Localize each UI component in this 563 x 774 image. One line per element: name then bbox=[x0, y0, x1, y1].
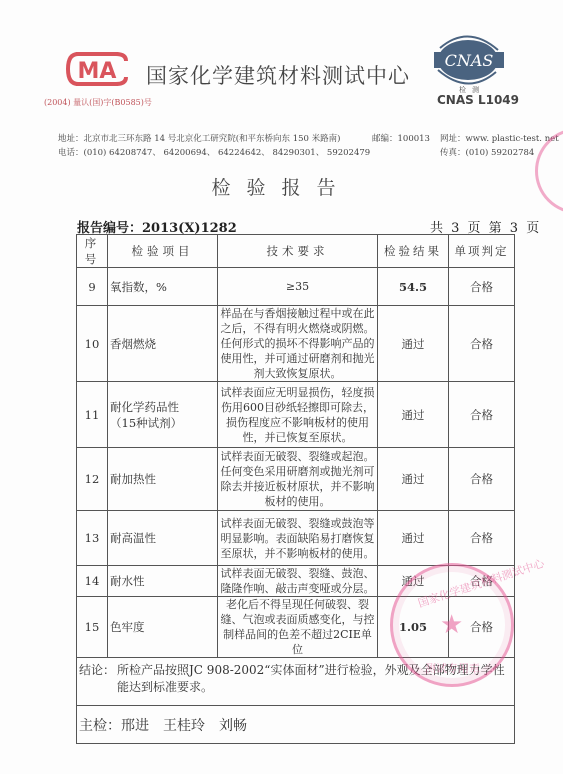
fax: 传真：(010) 59202784 bbox=[440, 146, 534, 158]
conclusion-row: 结论： 所检产品按照JC 908-2002“实体面材”进行检验，外观及全部物理力… bbox=[77, 658, 515, 706]
website: 网址：www. plastic-test. net bbox=[440, 132, 559, 144]
row-result: 通过 bbox=[378, 511, 449, 566]
row-requirement: 老化后不得呈现任何破裂、裂缝、气泡或表面质感变化，与控制样品间的色差不超过2CI… bbox=[218, 597, 378, 658]
conclusion-text: 所检产品按照JC 908-2002“实体面材”进行检验，外观及全部物理力学性能达… bbox=[117, 662, 512, 696]
row-requirement: 试样表面无破裂、裂缝或鼓泡等明显影响。表面缺陷易打磨恢复至原状，并不影响板材的使… bbox=[218, 511, 378, 566]
table-header-row: 序 号 检验项目 技术要求 检验结果 单项判定 bbox=[77, 235, 515, 268]
svg-text:MA: MA bbox=[78, 59, 117, 84]
row-no: 11 bbox=[77, 382, 108, 448]
row-item: 氧指数，% bbox=[108, 268, 218, 306]
row-item: 色牢度 bbox=[108, 597, 218, 658]
inspector-name: 邢进 bbox=[121, 718, 149, 734]
cnas-number: CNAS L1049 bbox=[437, 93, 519, 107]
row-requirement: 试样表面应无明显损伤，轻度损伤用600目砂纸轻擦即可除去，损伤程度应不影响板材的… bbox=[218, 382, 378, 448]
table-row: 14 耐水性 试样表面无破裂、裂缝、鼓泡、隆隆作响、敲击声变哑或分层。 通过 合… bbox=[77, 566, 515, 597]
report-title: 检验报告 bbox=[0, 173, 563, 200]
row-no: 14 bbox=[77, 566, 108, 597]
phone: 电话：(010) 64208747、 64200694、 64224642、 8… bbox=[58, 146, 370, 158]
inspector-row: 主检：邢进王桂玲刘畅 bbox=[77, 706, 515, 744]
row-judgment: 合格 bbox=[449, 566, 515, 597]
row-result: 通过 bbox=[378, 382, 449, 448]
row-no: 10 bbox=[77, 306, 108, 382]
table-row: 15 色牢度 老化后不得呈现任何破裂、裂缝、气泡或表面质感变化，与控制样品间的色… bbox=[77, 597, 515, 658]
row-no: 12 bbox=[77, 448, 108, 511]
row-requirement: ≥35 bbox=[218, 268, 378, 306]
conclusion-cell: 结论： 所检产品按照JC 908-2002“实体面材”进行检验，外观及全部物理力… bbox=[77, 658, 515, 706]
cma-logo: MA bbox=[66, 52, 128, 86]
row-result: 54.5 bbox=[378, 268, 449, 306]
cnas-logo: CNAS bbox=[428, 30, 508, 90]
row-result: 1.05 bbox=[378, 597, 449, 658]
organization-name: 国家化学建筑材料测试中心 bbox=[146, 60, 410, 90]
address: 地址：北京市北三环东路 14 号北京化工研究院(和平东桥向东 150 米路南) bbox=[58, 132, 340, 144]
row-result: 通过 bbox=[378, 566, 449, 597]
row-item: 耐化学药品性 （15种试剂） bbox=[108, 382, 218, 448]
row-requirement: 样品在与香烟接触过程中或在此之后，不得有明火燃烧或阴燃。任何形式的损坏不得影响产… bbox=[218, 306, 378, 382]
row-item: 香烟燃烧 bbox=[108, 306, 218, 382]
cma-cert-number: (2004) 量认(国)字(B0585)号 bbox=[44, 97, 152, 108]
row-result: 通过 bbox=[378, 306, 449, 382]
table-row: 9 氧指数，% ≥35 54.5 合格 bbox=[77, 268, 515, 306]
row-judgment: 合格 bbox=[449, 268, 515, 306]
row-judgment: 合格 bbox=[449, 511, 515, 566]
header-result: 检验结果 bbox=[378, 235, 449, 268]
table-row: 11 耐化学药品性 （15种试剂） 试样表面应无明显损伤，轻度损伤用600目砂纸… bbox=[77, 382, 515, 448]
postcode: 邮编：100013 bbox=[372, 132, 430, 144]
row-judgment: 合格 bbox=[449, 597, 515, 658]
header-requirement: 技术要求 bbox=[218, 235, 378, 268]
table-row: 13 耐高温性 试样表面无破裂、裂缝或鼓泡等明显影响。表面缺陷易打磨恢复至原状，… bbox=[77, 511, 515, 566]
inspector-cell: 主检：邢进王桂玲刘畅 bbox=[77, 706, 515, 744]
row-item-line1: 耐化学药品性 bbox=[110, 399, 215, 415]
table-row: 12 耐加热性 试样表面无破裂、裂缝或起泡。任何变色采用研磨剂或抛光剂可除去并接… bbox=[77, 448, 515, 511]
inspector-name: 刘畅 bbox=[219, 718, 247, 734]
svg-text:CNAS: CNAS bbox=[445, 51, 494, 70]
inspector-label: 主检： bbox=[79, 718, 121, 734]
header-no: 序 号 bbox=[77, 235, 108, 268]
row-item-line2: （15种试剂） bbox=[110, 415, 215, 431]
conclusion-label: 结论： bbox=[79, 662, 115, 679]
row-no: 13 bbox=[77, 511, 108, 566]
row-item: 耐高温性 bbox=[108, 511, 218, 566]
table-row: 10 香烟燃烧 样品在与香烟接触过程中或在此之后，不得有明火燃烧或阴燃。任何形式… bbox=[77, 306, 515, 382]
inspector-name: 王桂玲 bbox=[163, 718, 205, 734]
inspection-table: 序 号 检验项目 技术要求 检验结果 单项判定 9 氧指数，% ≥35 54.5… bbox=[76, 234, 515, 744]
row-judgment: 合格 bbox=[449, 306, 515, 382]
row-no: 15 bbox=[77, 597, 108, 658]
row-judgment: 合格 bbox=[449, 448, 515, 511]
row-requirement: 试样表面无破裂、裂缝、鼓泡、隆隆作响、敲击声变哑或分层。 bbox=[218, 566, 378, 597]
row-requirement: 试样表面无破裂、裂缝或起泡。任何变色采用研磨剂或抛光剂可除去并接近板材原状，并不… bbox=[218, 448, 378, 511]
row-item: 耐加热性 bbox=[108, 448, 218, 511]
header-judgment: 单项判定 bbox=[449, 235, 515, 268]
row-judgment: 合格 bbox=[449, 382, 515, 448]
header-item: 检验项目 bbox=[108, 235, 218, 268]
row-result: 通过 bbox=[378, 448, 449, 511]
row-item: 耐水性 bbox=[108, 566, 218, 597]
row-no: 9 bbox=[77, 268, 108, 306]
